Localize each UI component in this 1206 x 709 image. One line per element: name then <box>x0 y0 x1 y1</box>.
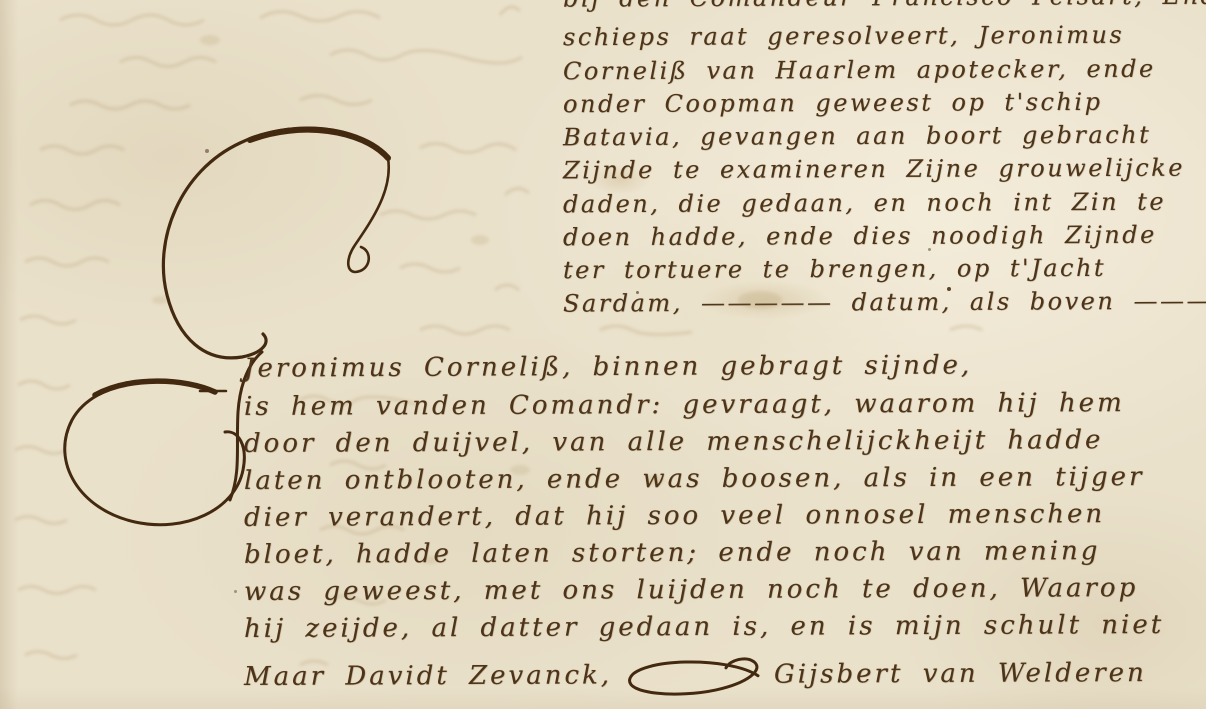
manuscript-line: is hem vanden Comandr: gevraagt, waarom … <box>244 388 1125 422</box>
manuscript-line: hij zeijde, al datter gedaan is, en is m… <box>244 610 1164 644</box>
pen-loop-flourish <box>618 652 768 699</box>
manuscript-line: doen hadde, ende dies noodigh Zijnde <box>563 221 1157 252</box>
manuscript-line: Jeronimus Corneliß, binnen gebragt sijnd… <box>244 350 972 383</box>
manuscript-line: Sardam, ————— datum, als boven —————— <box>563 286 1206 317</box>
manuscript-line: door den duijvel, van alle menschelijckh… <box>244 425 1103 459</box>
ink-speck <box>234 590 237 593</box>
manuscript-line: bloet, hadde laten storten; ende noch va… <box>244 536 1101 570</box>
manuscript-line: Corneliß van Haarlem apotecker, ende <box>563 55 1156 86</box>
ink-speck <box>928 248 931 251</box>
manuscript-line: daden, die gedaan, en noch int Zin te <box>563 188 1166 219</box>
manuscript-line: Batavia, gevangen aan boort gebracht <box>563 121 1151 152</box>
manuscript-line-fragment: Gijsbert van Welderen <box>774 658 1147 690</box>
manuscript-line: onder Coopman geweest op t'schip <box>563 88 1103 118</box>
manuscript-line: laten ontblooten, ende was boosen, als i… <box>244 462 1145 496</box>
manuscript-line-fragment: Maar Davidt Zevanck, <box>244 660 612 692</box>
manuscript-line: was geweest, met ons luijden noch te doe… <box>244 573 1138 607</box>
manuscript-line: Zijnde te examineren Zijne grouwelijcke <box>563 154 1185 185</box>
manuscript-line: Maar Davidt Zevanck, Gijsbert van Welder… <box>244 650 1147 700</box>
manuscript-line: ter tortuere te brengen, op t'Jacht <box>563 254 1106 284</box>
manuscript-line: dier verandert, dat hij soo veel onnosel… <box>244 499 1105 533</box>
manuscript-line: schieps raat geresolveert, Jeronimus <box>563 21 1124 51</box>
ink-speck <box>947 287 951 291</box>
paper-stain <box>590 165 650 195</box>
ink-speck <box>205 149 209 153</box>
manuscript-page: bij den Comandeur Francisco Pelsart, End… <box>0 0 1206 709</box>
ink-speck <box>636 291 639 294</box>
paper-stain <box>700 280 830 320</box>
manuscript-line-clipped: bij den Comandeur Francisco Pelsart, End… <box>563 0 1206 13</box>
